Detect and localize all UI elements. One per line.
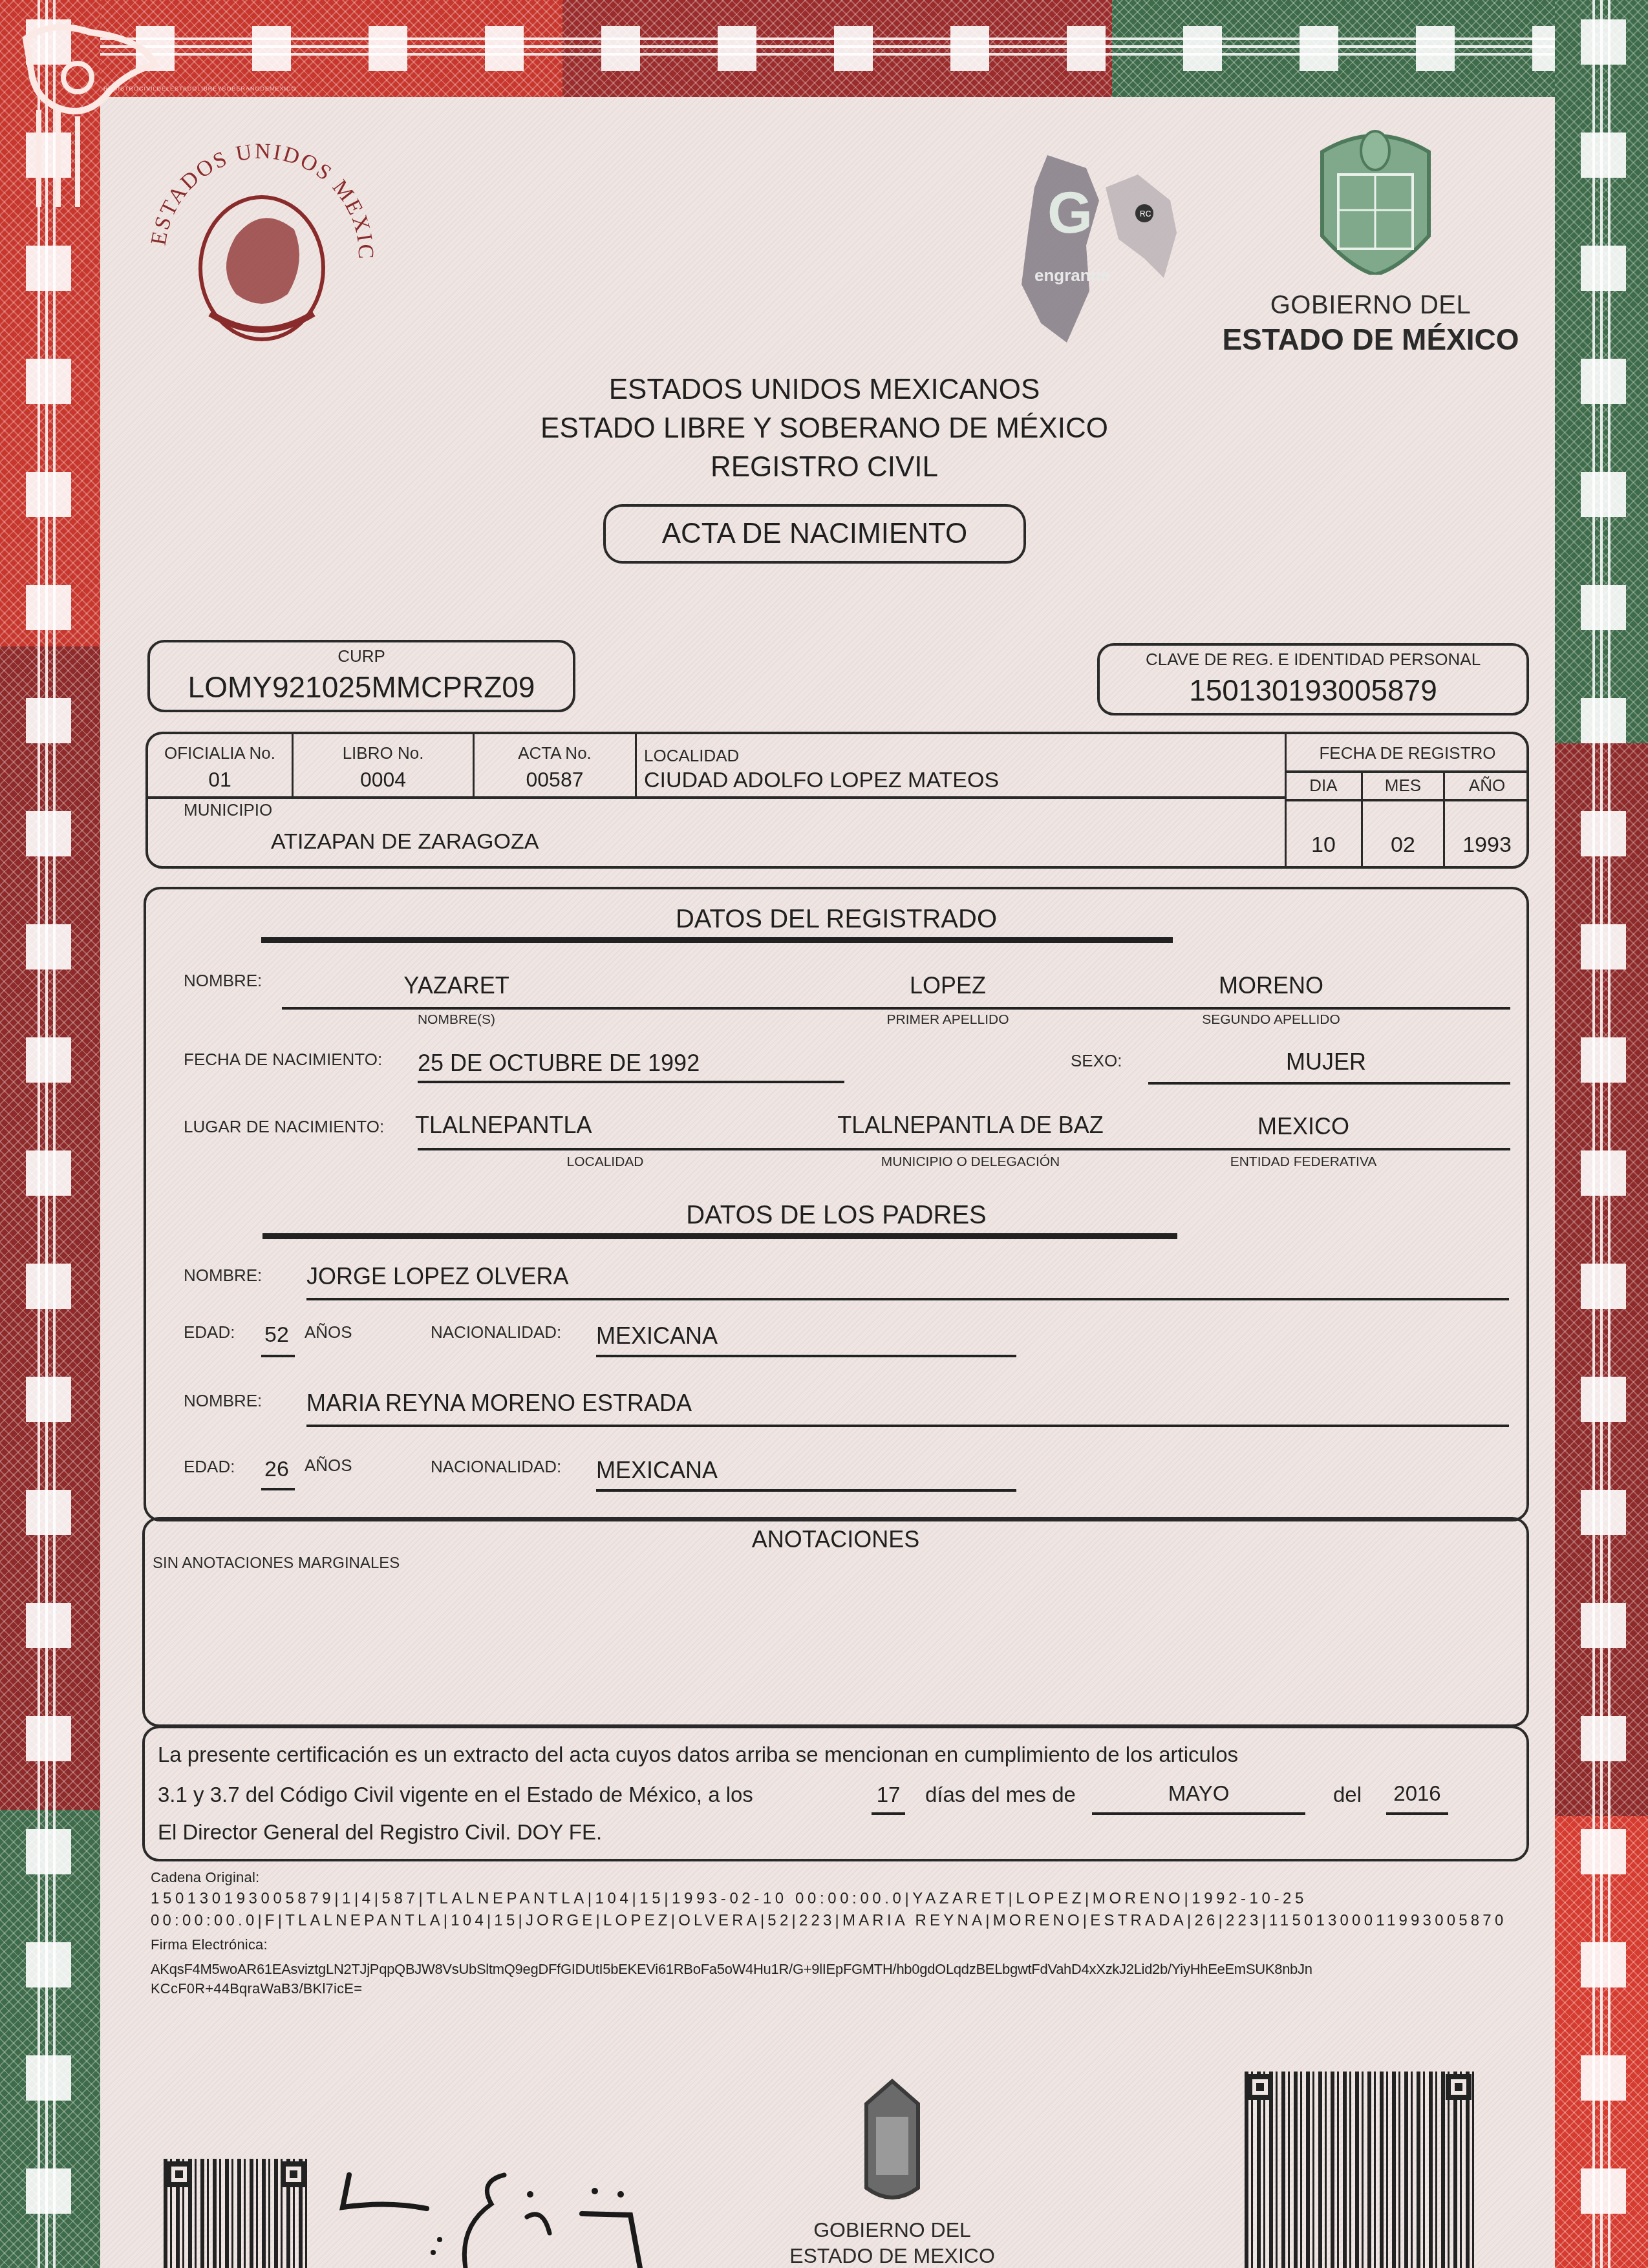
annotations-title: ANOTACIONES — [145, 1526, 1526, 1553]
given-names-caption: NOMBRE(S) — [359, 1012, 553, 1028]
dia-label: DIA — [1286, 776, 1361, 796]
country-title: ESTADOS UNIDOS MEXICANOS — [388, 374, 1261, 406]
certification-line-1: La presente certificación es un extracto… — [158, 1743, 1238, 1767]
mother-nationality-value: MEXICANA — [596, 1457, 718, 1484]
localidad-label: LOCALIDAD — [644, 746, 739, 766]
security-hologram: RC G engrande — [1009, 129, 1209, 349]
state-caption: ENTIDAD FEDERATIVA — [1206, 1154, 1400, 1170]
registrant-second-surname: MORENO — [1174, 972, 1368, 999]
mother-name-value: MARIA REYNA MORENO ESTRADA — [306, 1390, 692, 1417]
mother-nationality-label: NACIONALIDAD: — [431, 1457, 561, 1477]
cadena-original-line-1: 150130193005879|1|4|587|TLALNEPANTLA|104… — [151, 1890, 1307, 1908]
birth-date-value: 25 DE OCTUBRE DE 1992 — [418, 1050, 700, 1077]
libro-label: LIBRO No. — [294, 743, 473, 763]
father-nationality-label: NACIONALIDAD: — [431, 1322, 561, 1342]
clave-label: CLAVE DE REG. E IDENTIDAD PERSONAL — [1100, 650, 1526, 670]
anio-value: 1993 — [1445, 832, 1529, 858]
parents-section-title: DATOS DE LOS PADRES — [146, 1201, 1526, 1230]
state-government-name: ESTADO DE MÉXICO — [1203, 322, 1539, 357]
certification-day-text: días del mes de — [925, 1783, 1076, 1807]
cadena-original-label: Cadena Original: — [151, 1869, 259, 1886]
father-age-label: EDAD: — [184, 1322, 235, 1342]
right-decorative-border — [1555, 0, 1648, 2268]
father-nationality-value: MEXICANA — [596, 1322, 718, 1350]
fecha-registro-label: FECHA DE REGISTRO — [1286, 743, 1529, 763]
top-decorative-border: REGISTROCIVILDELESTADOLIBREYSOBERANODEME… — [0, 0, 1648, 97]
municipality-caption: MUNICIPIO O DELEGACIÓN — [825, 1154, 1116, 1170]
curp-label: CURP — [150, 646, 573, 666]
birth-place-state: MEXICO — [1206, 1113, 1400, 1140]
sex-label: SEXO: — [1071, 1051, 1122, 1071]
mes-label: MES — [1363, 776, 1443, 796]
director-signature — [336, 2168, 698, 2268]
clave-value: 150130193005879 — [1100, 673, 1526, 708]
document-type: ACTA DE NACIMIENTO — [662, 518, 968, 550]
firma-electronica-line-2: KCcF0R+44BqraWaB3/BKl7icE= — [151, 1980, 362, 1997]
second-surname-caption: SEGUNDO APELLIDO — [1174, 1012, 1368, 1028]
certification-year: 2016 — [1386, 1781, 1448, 1806]
qr-code-large-icon[interactable] — [1245, 2072, 1474, 2268]
state-title: ESTADO LIBRE Y SOBERANO DE MÉXICO — [388, 412, 1261, 445]
father-years-label: AÑOS — [305, 1322, 352, 1342]
registrant-name-label: NOMBRE: — [184, 971, 262, 991]
sex-value: MUJER — [1148, 1048, 1504, 1076]
bottom-government-name: ESTADO DE MEXICO — [744, 2244, 1041, 2268]
birth-place-locality: TLALNEPANTLA — [415, 1112, 592, 1139]
registry-table: OFICIALIA No. 01 LIBRO No. 0004 ACTA No.… — [145, 732, 1529, 869]
certification-line-3: El Director General del Registro Civil. … — [158, 1820, 602, 1845]
mother-years-label: AÑOS — [305, 1456, 352, 1476]
curp-box: CURP LOMY921025MMCPRZ09 — [147, 640, 575, 712]
mother-age-value: 26 — [257, 1457, 296, 1482]
registrant-first-surname: LOPEZ — [851, 972, 1045, 999]
qr-code-small-icon[interactable] — [164, 2159, 309, 2268]
municipio-label: MUNICIPIO — [184, 800, 272, 820]
bottom-government-label: GOBIERNO DEL — [744, 2218, 1041, 2242]
localidad-value: CIUDAD ADOLFO LOPEZ MATEOS — [644, 768, 999, 793]
mother-age-label: EDAD: — [184, 1457, 235, 1477]
libro-value: 0004 — [294, 768, 473, 792]
father-name-label: NOMBRE: — [184, 1266, 262, 1286]
certification-month: MAYO — [1092, 1781, 1305, 1806]
certification-box: La presente certificación es un extracto… — [142, 1726, 1529, 1861]
locality-caption: LOCALIDAD — [508, 1154, 702, 1170]
birth-place-label: LUGAR DE NACIMIENTO: — [184, 1117, 384, 1137]
certification-day: 17 — [870, 1783, 906, 1807]
hologram-badge: RC — [1140, 209, 1151, 218]
registrant-parents-box: DATOS DEL REGISTRADO NOMBRE: YAZARET LOP… — [144, 887, 1529, 1521]
svg-text:G: G — [1047, 181, 1093, 246]
birth-place-municipality: TLALNEPANTLA DE BAZ — [825, 1112, 1116, 1139]
oficialia-label: OFICIALIA No. — [148, 743, 292, 763]
firma-electronica-label: Firma Electrónica: — [151, 1936, 268, 1953]
state-government-label: GOBIERNO DEL — [1203, 291, 1539, 320]
document-type-box: ACTA DE NACIMIENTO — [603, 504, 1026, 564]
annotations-box: ANOTACIONES SIN ANOTACIONES MARGINALES — [142, 1517, 1529, 1727]
father-name-value: JORGE LOPEZ OLVERA — [306, 1263, 568, 1290]
father-age-value: 52 — [257, 1322, 296, 1348]
cadena-original-line-2: 00:00:00.0|F|TLALNEPANTLA|104|15|JORGE|L… — [151, 1912, 1506, 1930]
first-surname-caption: PRIMER APELLIDO — [851, 1012, 1045, 1028]
acta-value: 00587 — [475, 768, 635, 792]
top-microtext: REGISTROCIVILDELESTADOLIBREYSOBERANODEME… — [103, 85, 1552, 92]
registrant-section-title: DATOS DEL REGISTRADO — [146, 905, 1526, 934]
firma-electronica-line-1: AKqsF4M5woAR61EAsviztgLN2TJjPqpQBJW8VsUb… — [151, 1961, 1312, 1978]
state-coat-of-arms-icon — [1303, 126, 1448, 275]
certification-line-2: 3.1 y 3.7 del Código Civil vigente en el… — [158, 1783, 753, 1807]
dia-value: 10 — [1286, 832, 1361, 858]
municipio-value: ATIZAPAN DE ZARAGOZA — [271, 829, 539, 854]
oficialia-value: 01 — [148, 768, 292, 792]
registry-title: REGISTRO CIVIL — [388, 451, 1261, 483]
mother-name-label: NOMBRE: — [184, 1391, 262, 1411]
birth-date-label: FECHA DE NACIMIENTO: — [184, 1050, 382, 1070]
annotations-text: SIN ANOTACIONES MARGINALES — [153, 1554, 400, 1573]
anio-label: AÑO — [1445, 776, 1529, 796]
left-decorative-border — [0, 0, 100, 2268]
certification-del-text: del — [1333, 1783, 1362, 1807]
state-seal-bottom-icon — [834, 2078, 950, 2207]
hologram-text: engrande — [1034, 266, 1110, 285]
mes-value: 02 — [1363, 832, 1443, 858]
curp-value: LOMY921025MMCPRZ09 — [150, 670, 573, 705]
clave-box: CLAVE DE REG. E IDENTIDAD PERSONAL 15013… — [1097, 643, 1529, 715]
registrant-given-names: YAZARET — [359, 972, 553, 999]
acta-label: ACTA No. — [475, 743, 635, 763]
national-coat-of-arms-icon: ESTADOS UNIDOS MEXICANOS ESTADOS UNIDOS … — [139, 132, 385, 352]
